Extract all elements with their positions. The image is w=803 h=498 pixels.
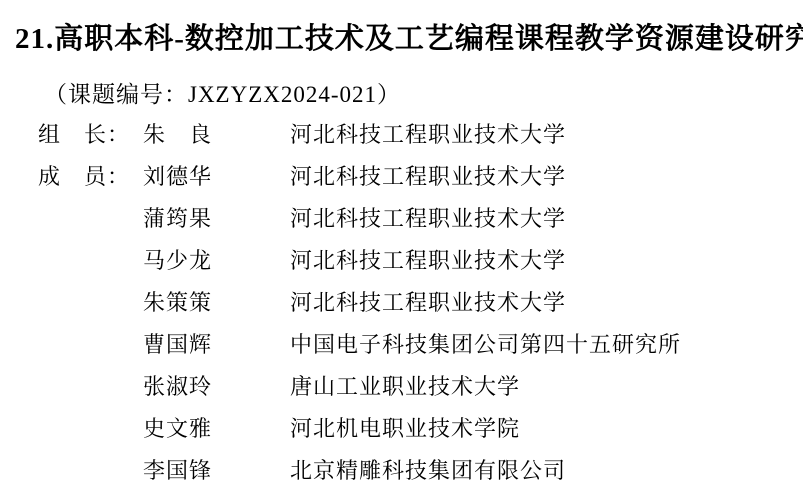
team-list: 组 长： 朱 良 河北科技工程职业技术大学 成 员： 刘德华 河北科技工程职业技… (0, 112, 803, 490)
document-page: 21.高职本科-数控加工技术及工艺编程课程教学资源建设研究 （课题编号：JXZY… (0, 0, 803, 498)
team-row: 李国锋 北京精雕科技集团有限公司 (0, 448, 803, 490)
member-name: 曹国辉 (143, 328, 290, 359)
role-label: 组 长： (38, 118, 143, 149)
member-affiliation: 北京精雕科技集团有限公司 (290, 454, 566, 485)
member-affiliation: 河北科技工程职业技术大学 (290, 244, 566, 275)
member-affiliation: 河北科技工程职业技术大学 (290, 286, 566, 317)
member-name: 朱策策 (143, 286, 290, 317)
member-affiliation: 河北科技工程职业技术大学 (290, 160, 566, 191)
team-row: 马少龙 河北科技工程职业技术大学 (0, 238, 803, 280)
member-name: 马少龙 (143, 244, 290, 275)
team-row: 朱策策 河北科技工程职业技术大学 (0, 280, 803, 322)
team-row: 张淑玲 唐山工业职业技术大学 (0, 364, 803, 406)
page-title: 21.高职本科-数控加工技术及工艺编程课程教学资源建设研究 (15, 16, 803, 57)
member-name: 蒲筠果 (143, 202, 290, 233)
member-affiliation: 河北科技工程职业技术大学 (290, 202, 566, 233)
member-name: 史文雅 (143, 412, 290, 443)
member-name: 张淑玲 (143, 370, 290, 401)
member-name: 刘德华 (143, 160, 290, 191)
member-name: 李国锋 (143, 454, 290, 485)
role-label: 成 员： (38, 160, 143, 191)
team-row: 组 长： 朱 良 河北科技工程职业技术大学 (0, 112, 803, 154)
member-affiliation: 中国电子科技集团公司第四十五研究所 (290, 328, 681, 359)
member-name: 朱 良 (143, 118, 290, 149)
team-row: 蒲筠果 河北科技工程职业技术大学 (0, 196, 803, 238)
team-row: 曹国辉 中国电子科技集团公司第四十五研究所 (0, 322, 803, 364)
team-row: 成 员： 刘德华 河北科技工程职业技术大学 (0, 154, 803, 196)
project-number: （课题编号：JXZYZX2024-021） (44, 76, 401, 109)
member-affiliation: 河北科技工程职业技术大学 (290, 118, 566, 149)
member-affiliation: 唐山工业职业技术大学 (290, 370, 520, 401)
team-row: 史文雅 河北机电职业技术学院 (0, 406, 803, 448)
member-affiliation: 河北机电职业技术学院 (290, 412, 520, 443)
